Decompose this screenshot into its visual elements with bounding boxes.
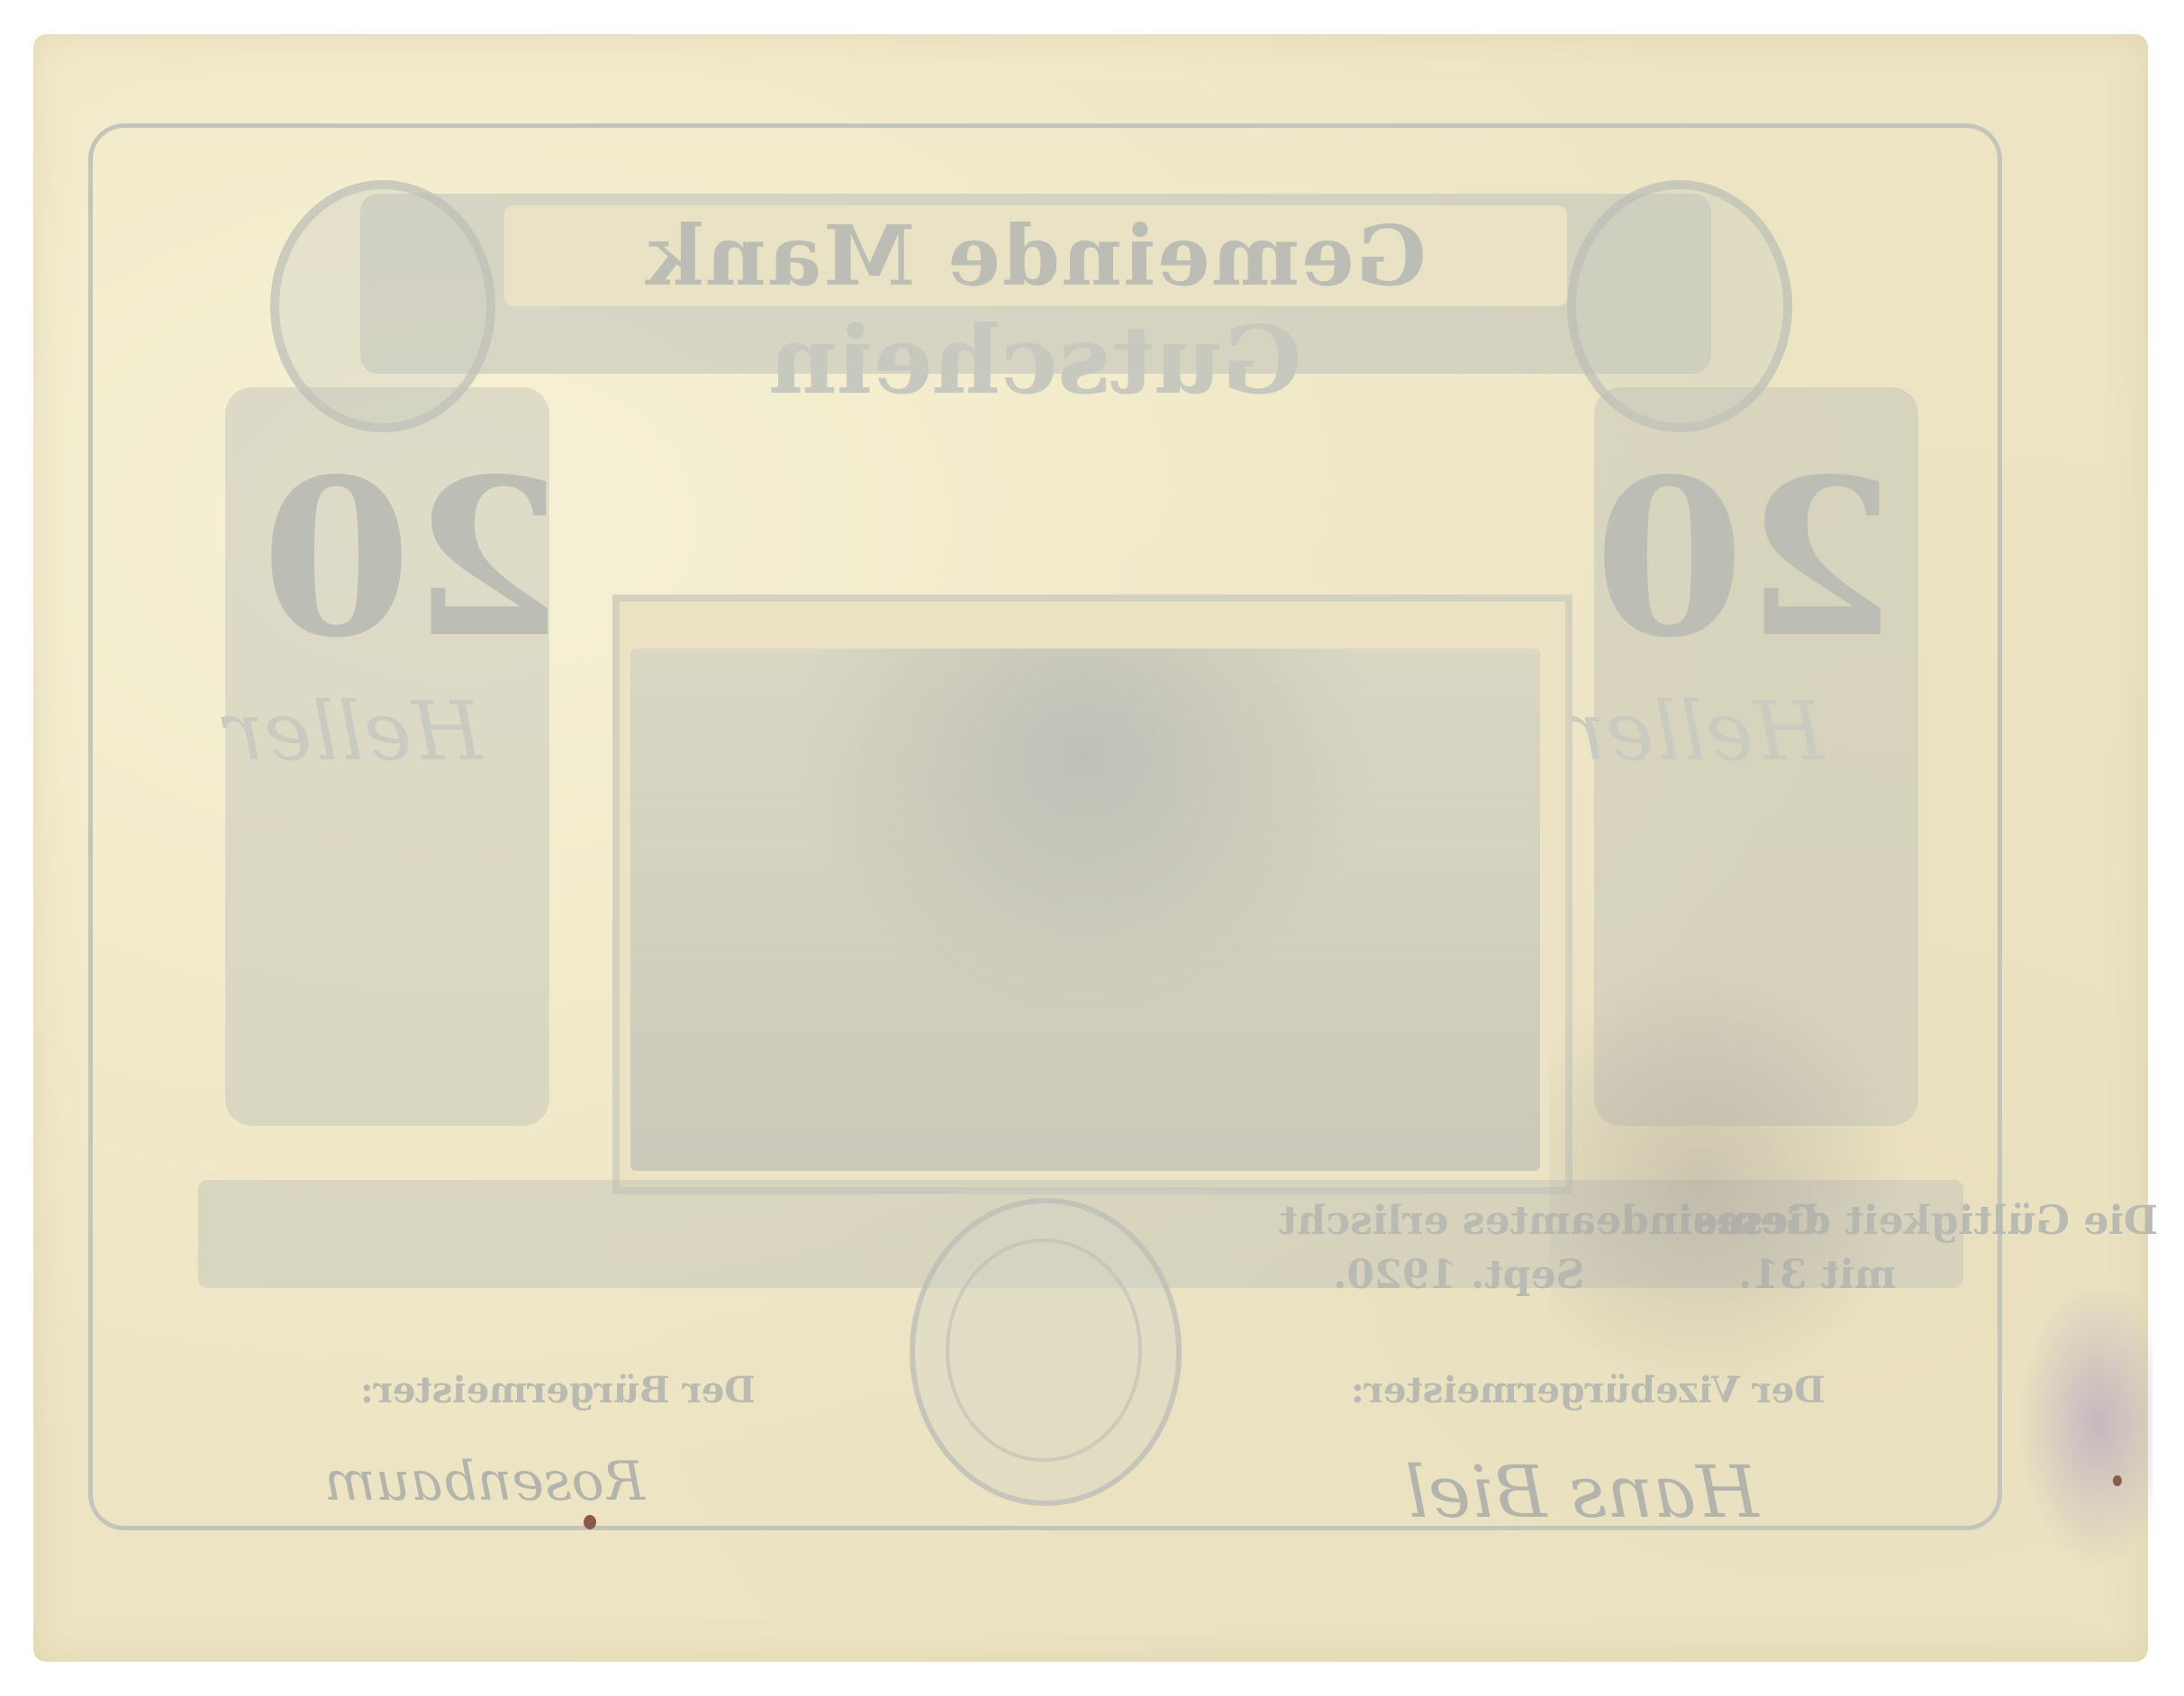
- unit-right: Heller: [1567, 685, 1825, 779]
- header-title: Gemeinde Mank: [504, 205, 1567, 306]
- unit-left: Heller: [225, 685, 483, 779]
- signature-right: Hans Biel: [1405, 1450, 1759, 1534]
- paper-spot: [584, 1515, 596, 1529]
- denomination-right: 20: [1594, 450, 1895, 667]
- paper-spot: [2113, 1475, 2122, 1486]
- seal-inner-ring: [946, 1238, 1142, 1462]
- legal-text-left-2: Sept. 1920.: [1333, 1252, 1584, 1298]
- town-vignette: [630, 648, 1540, 1171]
- signature-title-left: Der Bürgermeister:: [360, 1369, 756, 1411]
- ink-smudge: [1549, 946, 1927, 1414]
- purple-stain: [2017, 1279, 2152, 1567]
- denomination-left: 20: [261, 450, 562, 667]
- subtitle: Gutschein: [540, 311, 1531, 410]
- signature-left: Rosenbaum: [324, 1450, 645, 1513]
